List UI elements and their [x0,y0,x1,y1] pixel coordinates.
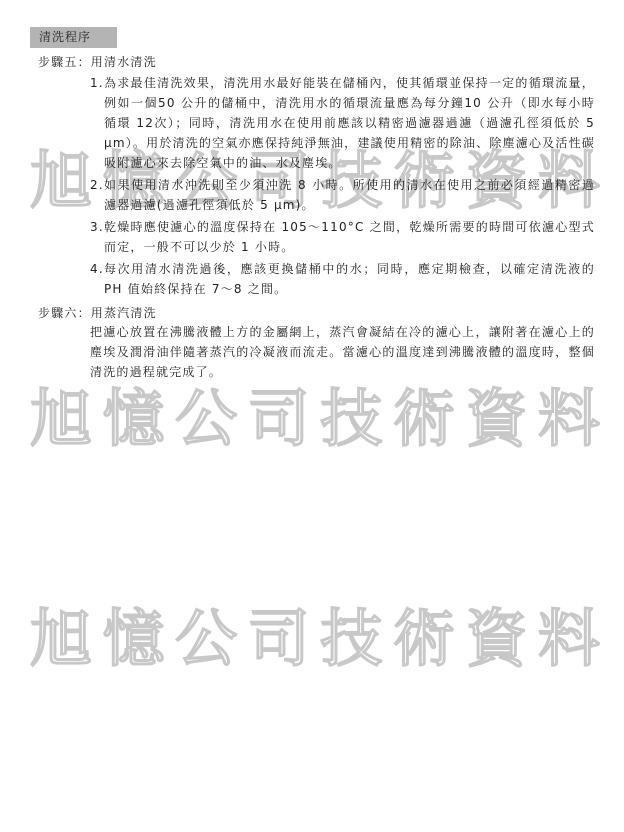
watermark-char: 公 [175,608,237,670]
step6-paragraph: 把濾心放置在沸騰液體上方的金屬網上，蒸汽會凝結在冷的濾心上，讓附著在濾心上的塵埃… [90,322,595,382]
item-text: 每次用清水清洗過後，應該更換儲桶中的水；同時，應定期檢查，以確定清洗液的PH 值… [104,259,595,299]
watermark-char: 術 [393,608,455,670]
step6-title: 步驟六：用蒸汽清洗 [38,304,157,321]
item-number: 2. [90,175,104,215]
watermark-char: 旭 [30,388,92,450]
watermark-char: 公 [175,388,237,450]
watermark-char: 旭 [30,608,92,670]
watermark-char: 司 [248,388,310,450]
watermark-char: 料 [538,388,600,450]
watermark-row: 旭 憶 公 司 技 術 資 料 [30,608,600,670]
watermark-char: 資 [465,388,527,450]
watermark-char: 資 [465,608,527,670]
section-title: 清洗程序 [30,27,117,48]
item-text: 為求最佳清洗效果，清洗用水最好能裝在儲桶內，使其循環並保持一定的循環流量，例如一… [104,73,595,173]
item-text: 乾燥時應使濾心的溫度保持在 105～110°C 之間，乾燥所需要的時間可依濾心型… [104,217,595,257]
list-item: 3. 乾燥時應使濾心的溫度保持在 105～110°C 之間，乾燥所需要的時間可依… [90,217,595,257]
item-text: 如果使用清水沖洗則至少須沖洗 8 小時。所使用的清水在使用之前必須經過精密過濾器… [104,175,595,215]
watermark-char: 術 [393,388,455,450]
watermark-char: 司 [248,608,310,670]
list-item: 4. 每次用清水清洗過後，應該更換儲桶中的水；同時，應定期檢查，以確定清洗液的P… [90,259,595,299]
watermark-char: 料 [538,608,600,670]
list-item: 2. 如果使用清水沖洗則至少須沖洗 8 小時。所使用的清水在使用之前必須經過精密… [90,175,595,215]
watermark-char: 憶 [103,388,165,450]
watermark-char: 技 [320,388,382,450]
item-number: 3. [90,217,104,257]
watermark-char: 技 [320,608,382,670]
list-item: 1. 為求最佳清洗效果，清洗用水最好能裝在儲桶內，使其循環並保持一定的循環流量，… [90,73,595,173]
watermark-char: 憶 [103,608,165,670]
watermark-row: 旭 憶 公 司 技 術 資 料 [30,388,600,450]
watermark-char: 旭 [30,150,92,212]
step5-list: 1. 為求最佳清洗效果，清洗用水最好能裝在儲桶內，使其循環並保持一定的循環流量，… [90,73,595,299]
item-number: 4. [90,259,104,299]
item-number: 1. [90,73,104,173]
step5-title: 步驟五：用清水清洗 [38,53,157,70]
